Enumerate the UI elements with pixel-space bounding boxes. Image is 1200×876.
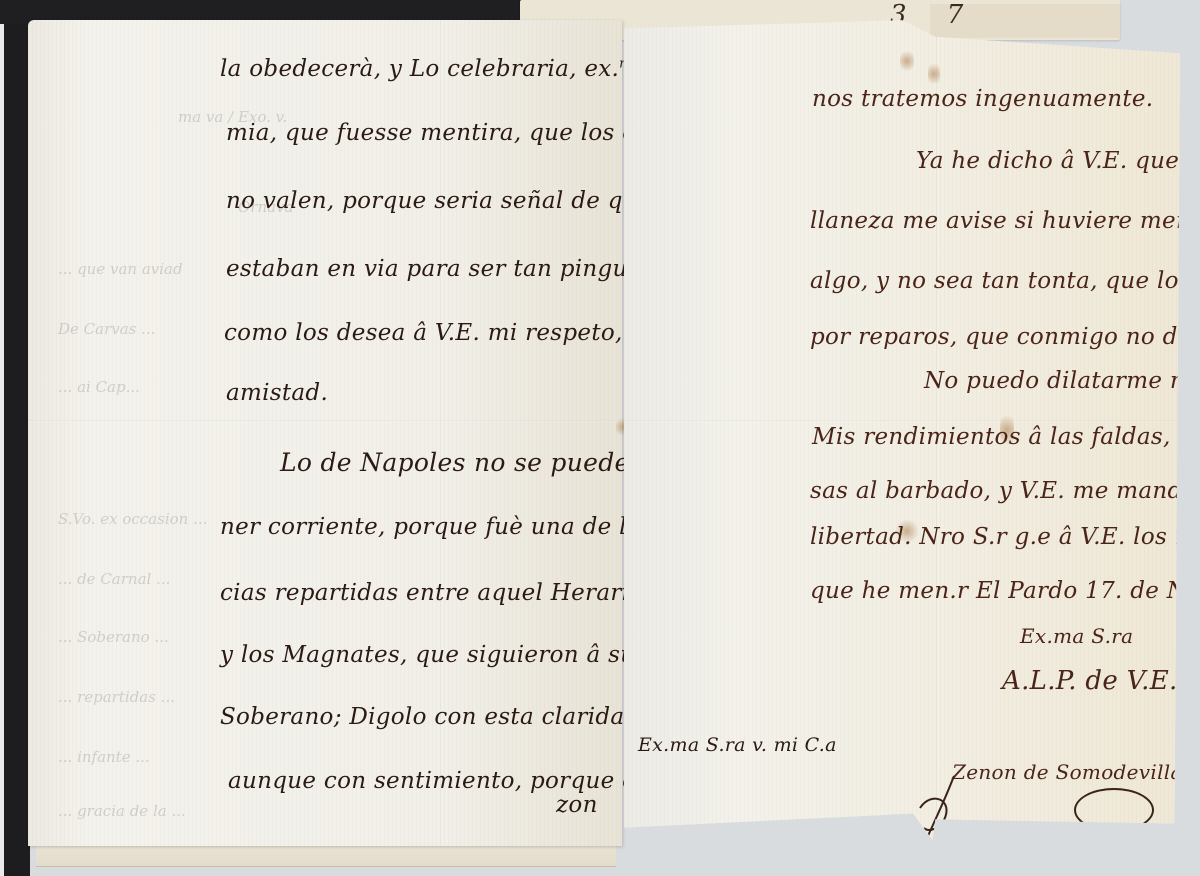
fold-crease-horizontal [28,420,622,422]
ink-stain [928,60,940,88]
bleed-through-text: ... infante ... [58,748,150,766]
manuscript-line: que he men.r El Pardo 17. de Nov.re 1744… [810,578,1200,604]
manuscript-line: cias repartidas entre aquel Herario, [220,580,651,606]
manuscript-line: como los desea â V.E. mi respeto, y mi [224,320,681,346]
bleed-through-text: ... de Carnal ... [58,570,170,588]
bleed-through-text: De Carvas ... [58,320,155,338]
manuscript-line: llaneza me avise si huviere menester [810,208,1200,234]
signature-flourish-icon [914,772,974,842]
bleed-through-text: ... repartidas ... [58,688,175,706]
manuscript-line: A.L.P. de V.E. [1002,666,1178,696]
manuscript-line: aunque con sentimiento, porque es ra- [228,768,689,794]
manuscript-line: por reparos, que conmigo no debe tener [810,324,1200,350]
right-manuscript-page: nos tratemos ingenuamente. Ya he dicho â… [624,12,1180,840]
manuscript-line: Lo de Napoles no se puede po- [280,448,678,477]
rubric-seal-icon [1074,788,1154,832]
manuscript-line: No puedo dilatarme mas; [924,368,1200,394]
addressee-line: Ex.ma S.ra v. mi C.a [638,734,837,756]
manuscript-line: Mis rendimientos â las faldas, mill co- [812,424,1200,450]
dark-binder-edge [0,0,30,876]
manuscript-line: algo, y no sea tan tonta, que lo excuse [810,268,1200,294]
signature: Zenon de Somodevilla [952,760,1183,784]
ink-stain [900,48,914,74]
bleed-through-text: ... Soberano ... [58,628,169,646]
bleed-through-text: ... gracia de la ... [58,802,186,820]
manuscript-line: estaban en via para ser tan pingues [226,256,654,282]
manuscript-line: libertad. Nro S.r g.e â V.E. los m.s a.s [810,524,1200,550]
manuscript-line: amistad. [226,380,328,406]
bleed-through-text: ... que van aviad [58,260,183,278]
manuscript-line: sas al barbado, y V.E. me mande con [810,478,1200,504]
manuscript-line: Ex.ma S.ra [1020,624,1133,648]
manuscript-line: y los Magnates, que siguieron â su [220,642,635,668]
bleed-through-text: ... ai Cap... [58,378,140,396]
manuscript-line: Soberano; Digolo con esta claridad, [220,704,647,730]
manuscript-line: no valen, porque seria señal de que [226,188,652,214]
fold-crease-horizontal [624,420,1180,422]
left-manuscript-page: ma va / Exo. v. Ornava ... que van aviad… [28,20,622,846]
manuscript-line: zon [556,792,598,818]
manuscript-line: la obedecerà, y Lo celebraria, ex.ma [220,56,640,82]
bleed-through-text: S.Vo. ex occasion ... [58,510,207,528]
manuscript-line: nos tratemos ingenuamente. [812,86,1153,112]
manuscript-line: Ya he dicho â V.E. que con [916,148,1200,174]
